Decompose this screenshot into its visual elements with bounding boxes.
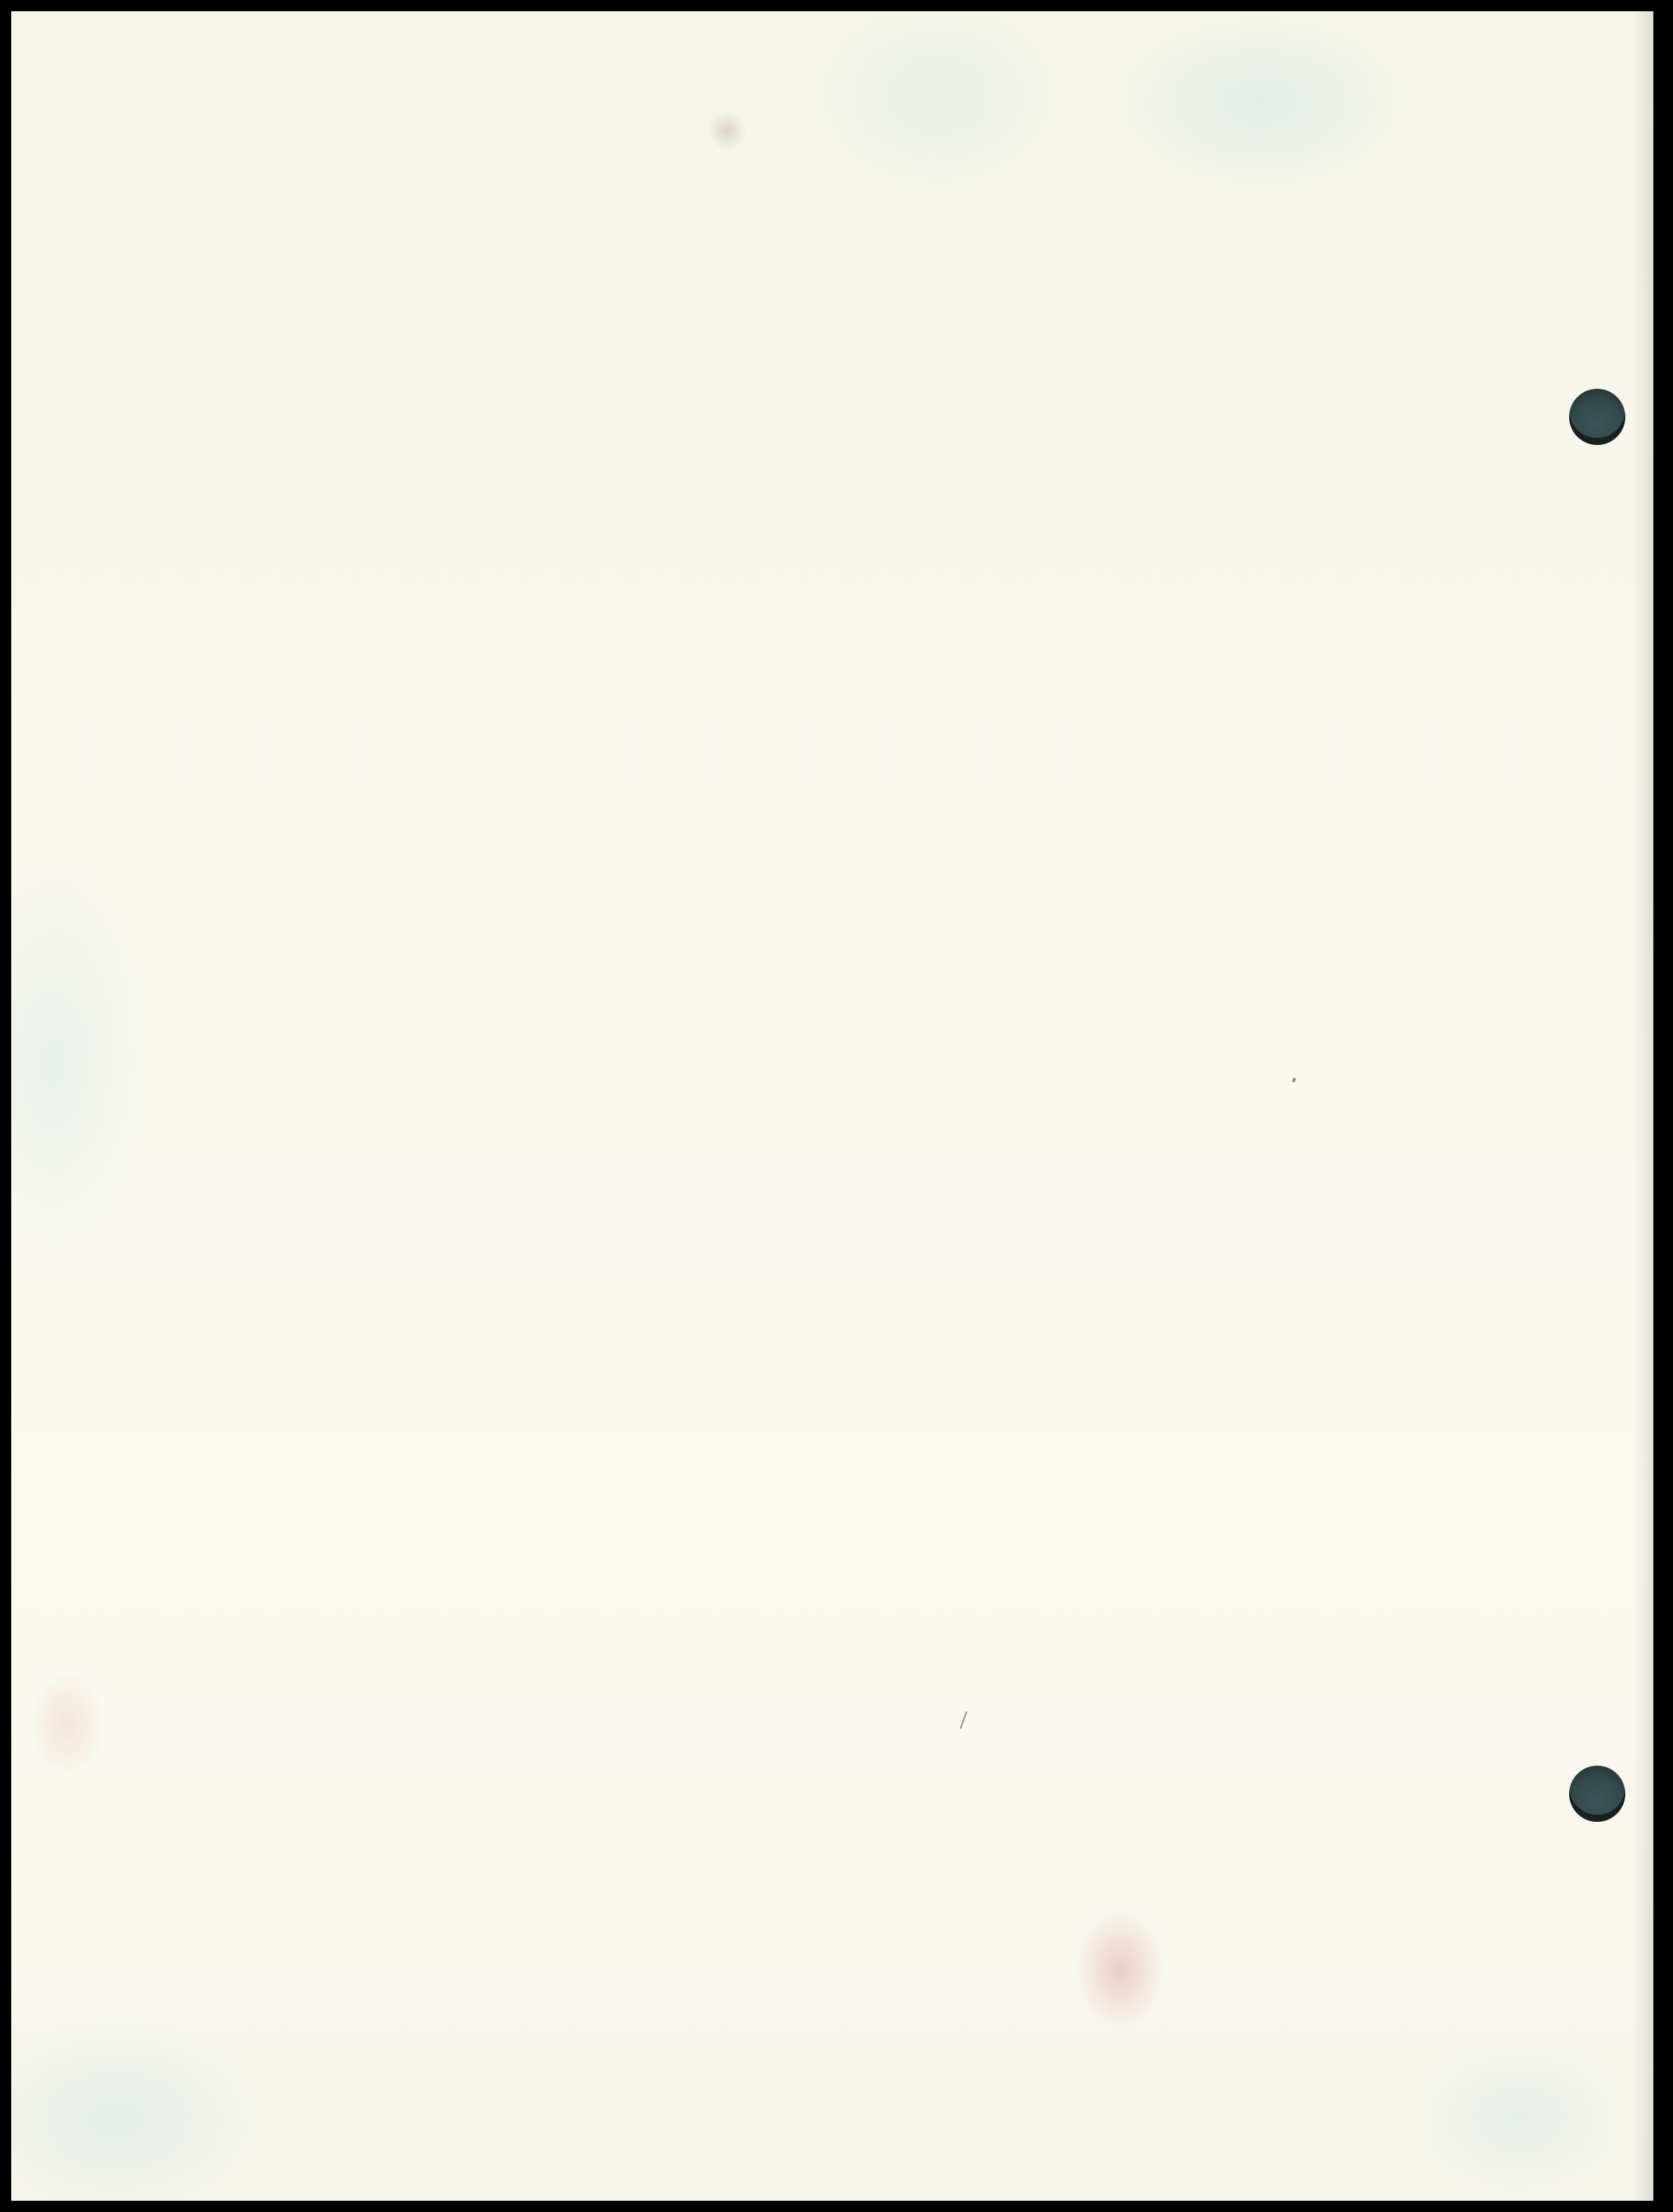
binder-hole-top [1569, 389, 1625, 445]
paper-edge-shadow [1632, 11, 1653, 2201]
binder-hole-bottom [1569, 1766, 1625, 1822]
paper-speck [960, 1711, 968, 1728]
blank-paper-page [11, 11, 1653, 2201]
paper-speck [1292, 1077, 1296, 1082]
